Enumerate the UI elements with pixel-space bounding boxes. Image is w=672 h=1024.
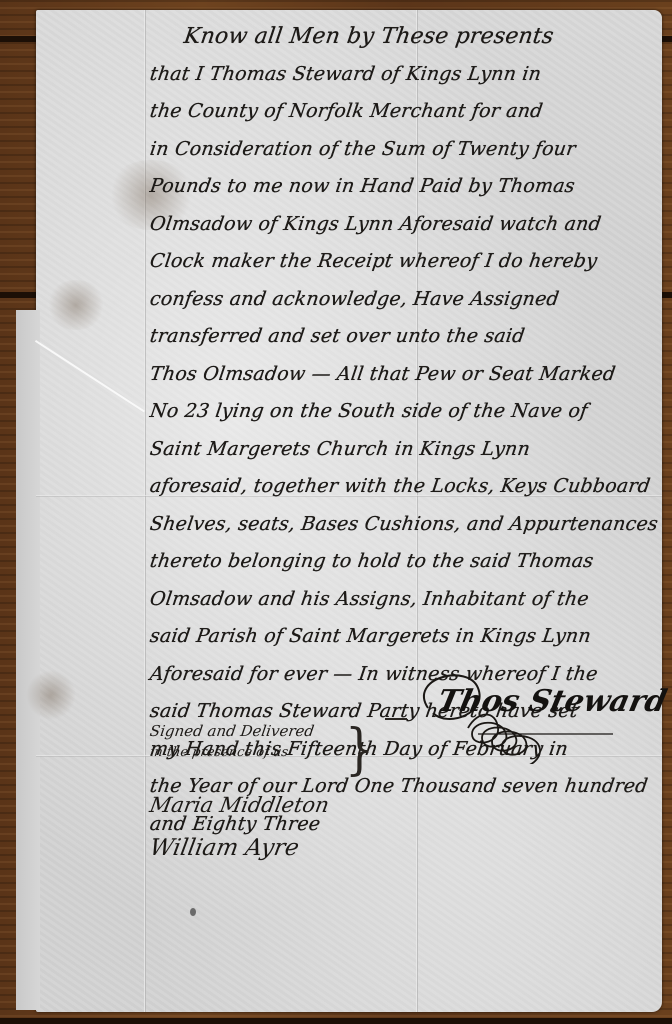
deed-line: Thos Olmsadow — All that Pew or Seat Mar… — [147, 356, 667, 394]
wood-board-seam — [0, 1018, 672, 1024]
signature-text: Thos Steward — [434, 684, 670, 719]
deed-line: that I Thomas Steward of Kings Lynn in — [147, 56, 667, 94]
deed-line: Saint Margerets Church in Kings Lynn — [147, 431, 667, 469]
deed-line: Know all Men by These presents — [147, 18, 667, 56]
deed-line: No 23 lying on the South side of the Nav… — [147, 393, 667, 431]
deed-line: said Parish of Saint Margerets in Kings … — [147, 618, 667, 656]
deed-line: Clock maker the Receipt whereof I do her… — [147, 243, 667, 281]
foxing-stain — [26, 670, 76, 720]
deed-line: confess and acknowledge, Have Assigned — [147, 281, 667, 319]
paper-hole — [190, 908, 196, 916]
deed-line: Shelves, seats, Bases Cushions, and Appu… — [147, 506, 667, 544]
deed-line: Pounds to me now in Hand Paid by Thomas — [147, 168, 667, 206]
deed-line: thereto belonging to hold to the said Th… — [147, 543, 667, 581]
signature-dash — [385, 718, 407, 720]
fold-crease-diagonal — [35, 340, 145, 412]
deed-line: the County of Norfolk Merchant for and — [147, 93, 667, 131]
witness-name: William Ayre — [146, 828, 413, 868]
deed-line: Olmsadow and his Assigns, Inhabitant of … — [147, 581, 667, 619]
deed-line: Olmsadow of Kings Lynn Aforesaid watch a… — [147, 206, 667, 244]
deed-line: aforesaid, together with the Locks, Keys… — [147, 468, 667, 506]
deed-line: transferred and set over unto the said — [147, 318, 667, 356]
foxing-stain — [46, 280, 106, 330]
witness-name: Maria Middleton — [146, 782, 414, 828]
bracket-mark: } — [345, 717, 374, 782]
deed-line: in Consideration of the Sum of Twenty fo… — [147, 131, 667, 169]
signature: Thos Steward — [408, 668, 633, 764]
